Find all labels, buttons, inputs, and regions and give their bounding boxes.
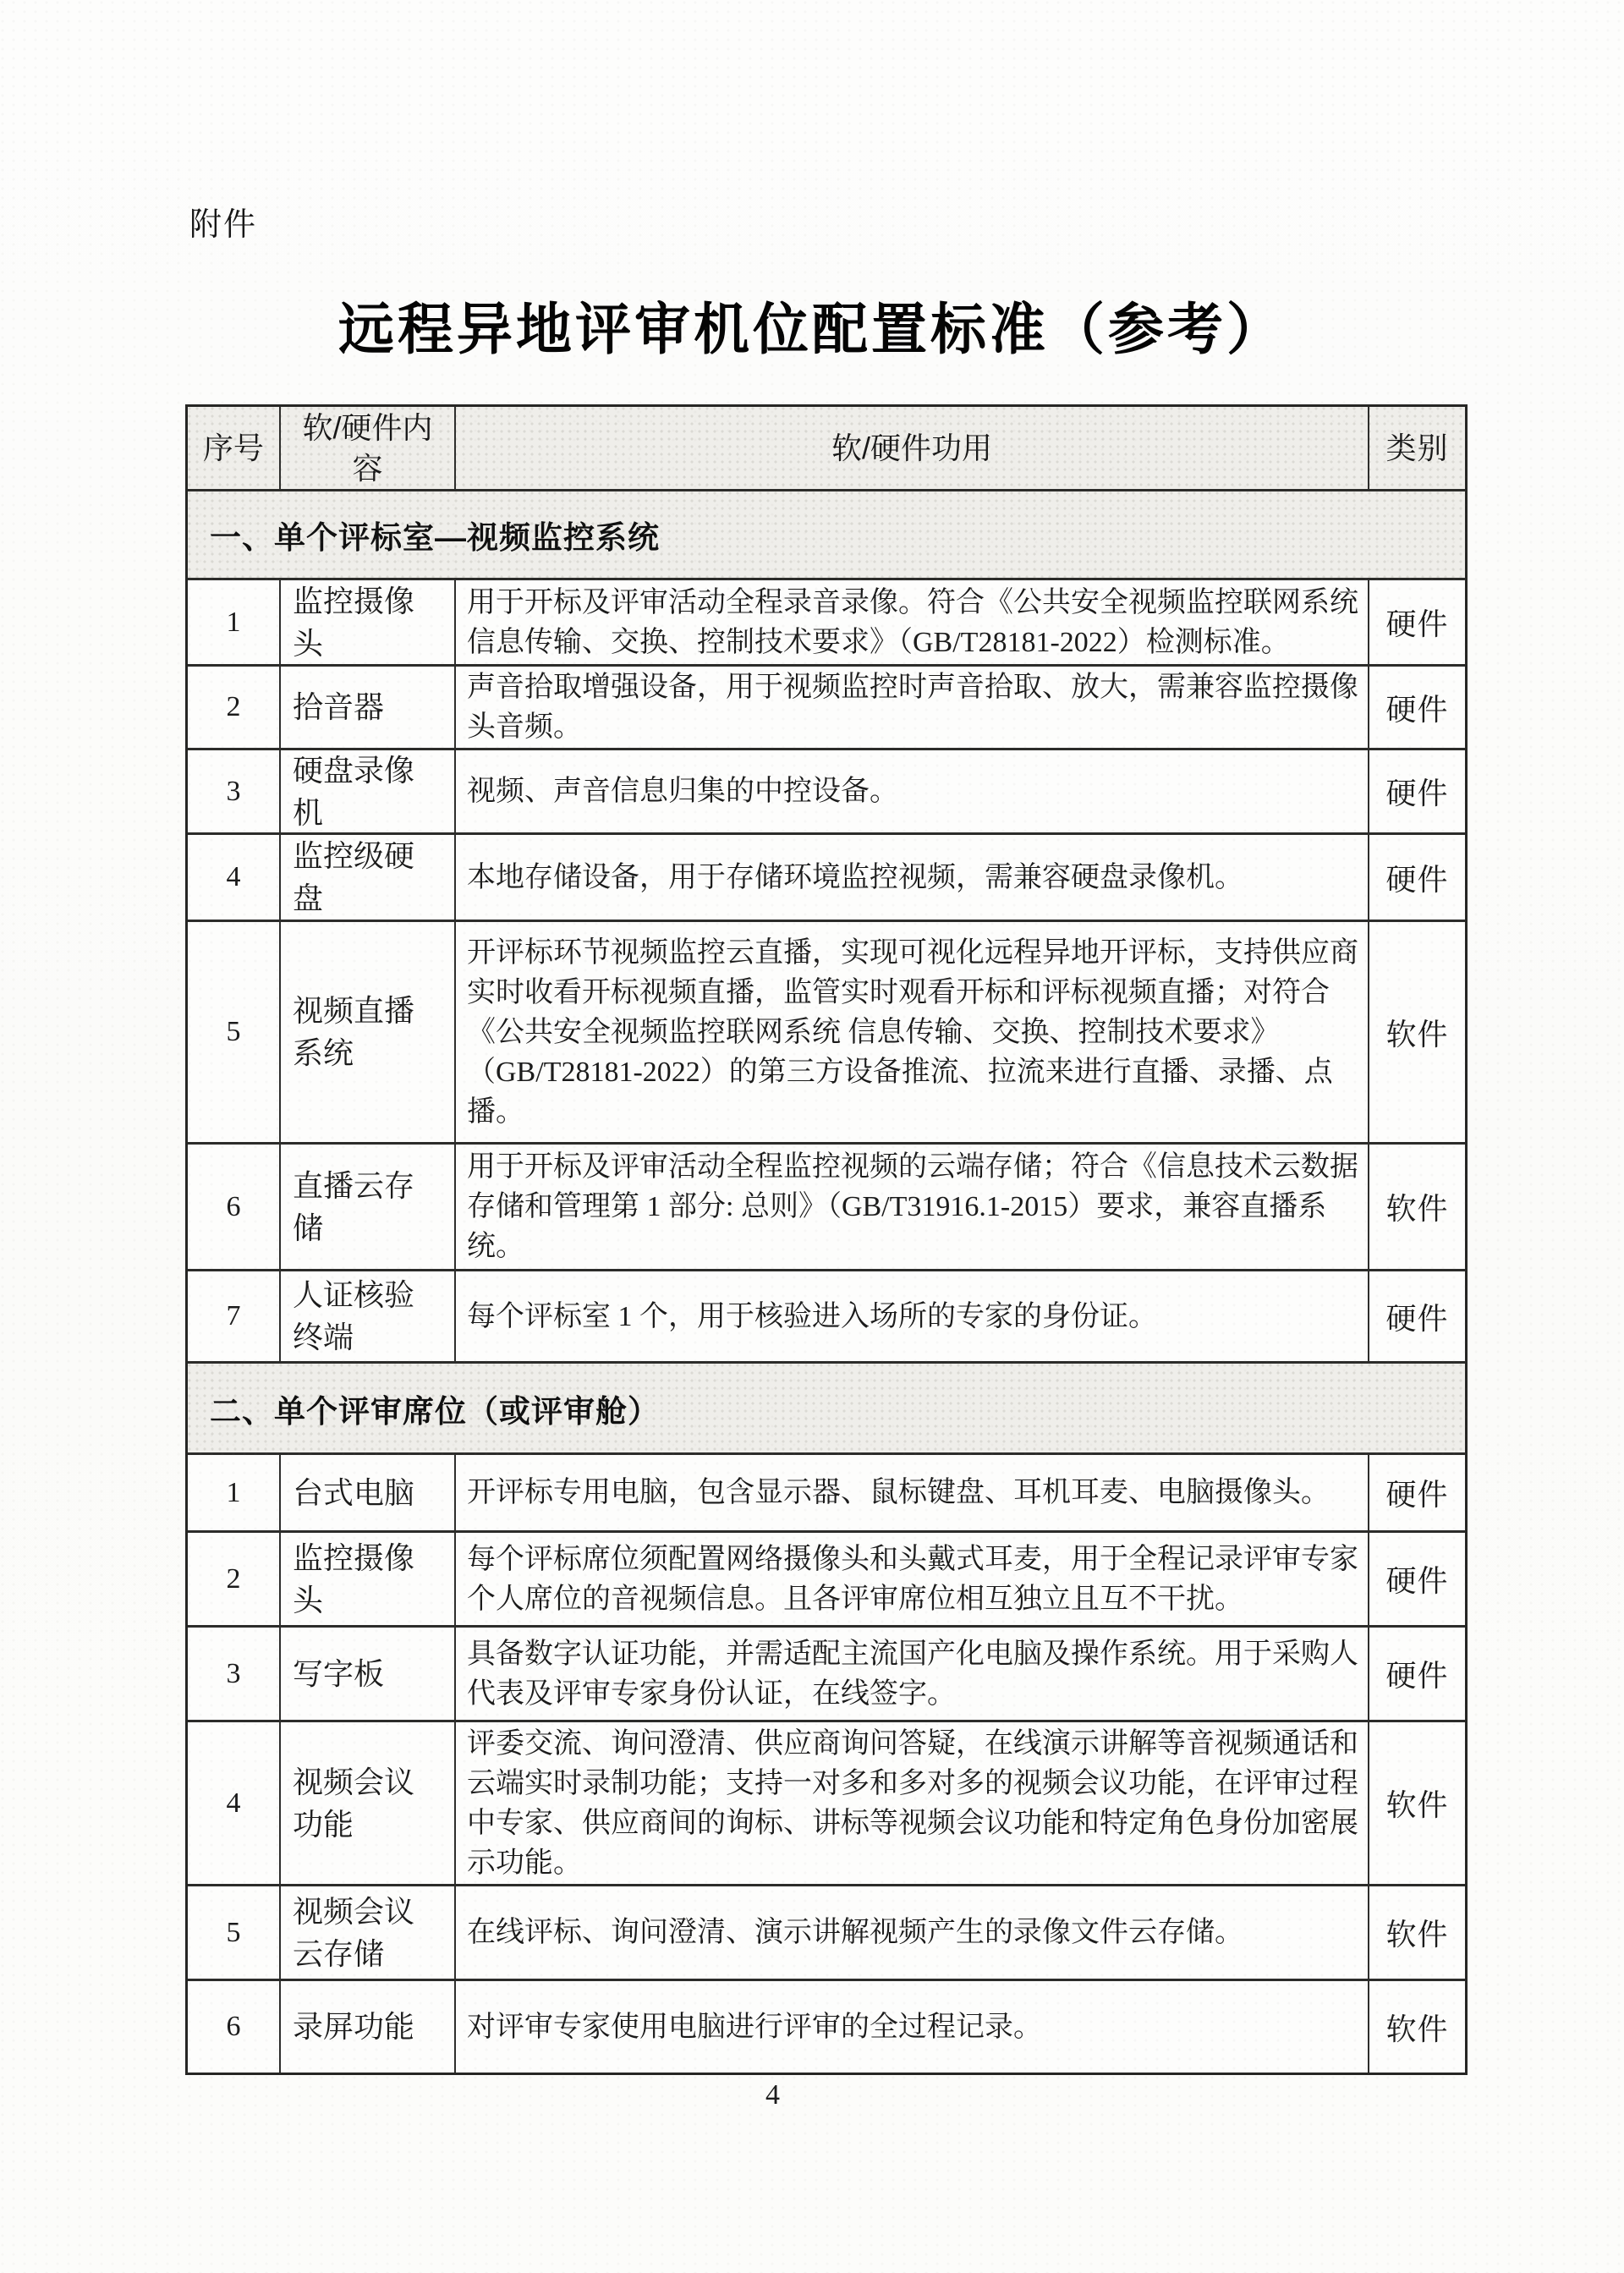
row-category: 硬件 — [1369, 1271, 1465, 1361]
attachment-label: 附件 — [189, 206, 257, 244]
row-function: 开评标环节视频监控云直播，实现可视化远程异地开评标，支持供应商实时收看开标视频直… — [456, 922, 1369, 1142]
header-no-label: 序号 — [203, 428, 264, 469]
row-item: 录屏功能 — [281, 1981, 456, 2073]
row-category: 软件 — [1369, 922, 1465, 1142]
row-number: 7 — [188, 1271, 281, 1361]
row-number: 5 — [188, 1886, 281, 1979]
page-number: 4 — [765, 2079, 780, 2111]
header-no: 序号 — [188, 407, 281, 489]
row-item: 视频会议云存储 — [281, 1886, 456, 1979]
row-category: 软件 — [1369, 1981, 1465, 2073]
row-function: 评委交流、询问澄清、供应商询问答疑，在线演示讲解等音视频通话和云端实时录制功能；… — [456, 1722, 1369, 1884]
row-number: 1 — [188, 580, 281, 664]
row-category: 硬件 — [1369, 750, 1465, 832]
row-category: 硬件 — [1369, 580, 1465, 664]
row-item: 监控级硬盘 — [281, 835, 456, 920]
row-number: 4 — [188, 1722, 281, 1884]
table-row: 3 硬盘录像机 视频、声音信息归集的中控设备。 硬件 — [188, 750, 1465, 835]
section-header-row-2: 二、单个评审席位（或评审舱） — [188, 1364, 1465, 1455]
row-item: 人证核验终端 — [281, 1271, 456, 1361]
row-item: 拾音器 — [281, 667, 456, 748]
row-function: 视频、声音信息归集的中控设备。 — [456, 750, 1369, 832]
row-item: 监控摄像头 — [281, 1533, 456, 1625]
header-content: 软/硬件内容 — [281, 407, 456, 489]
document-page: 附件 远程异地评审机位配置标准（参考） 序号 软/硬件内容 软/硬件功用 类别 … — [0, 0, 1624, 2273]
header-function-label: 软/硬件功用 — [831, 428, 992, 469]
row-item: 视频会议功能 — [281, 1722, 456, 1884]
table-row: 5 视频直播系统 开评标环节视频监控云直播，实现可视化远程异地开评标，支持供应商… — [188, 922, 1465, 1145]
row-item: 写字板 — [281, 1628, 456, 1720]
table-row: 5 视频会议云存储 在线评标、询问澄清、演示讲解视频产生的录像文件云存储。 软件 — [188, 1886, 1465, 1981]
table-row: 1 台式电脑 开评标专用电脑，包含显示器、鼠标键盘、耳机耳麦、电脑摄像头。 硬件 — [188, 1455, 1465, 1533]
row-function: 声音拾取增强设备，用于视频监控时声音拾取、放大，需兼容监控摄像头音频。 — [456, 667, 1369, 748]
row-function: 本地存储设备，用于存储环境监控视频，需兼容硬盘录像机。 — [456, 835, 1369, 920]
table-row: 6 录屏功能 对评审专家使用电脑进行评审的全过程记录。 软件 — [188, 1981, 1465, 2073]
row-function: 开评标专用电脑，包含显示器、鼠标键盘、耳机耳麦、电脑摄像头。 — [456, 1455, 1369, 1530]
header-category-label: 类别 — [1385, 428, 1448, 469]
row-item: 台式电脑 — [281, 1455, 456, 1530]
row-item: 视频直播系统 — [281, 922, 456, 1142]
row-number: 6 — [188, 1145, 281, 1269]
table-row: 7 人证核验终端 每个评标室 1 个，用于核验进入场所的专家的身份证。 硬件 — [188, 1271, 1465, 1364]
table-row: 6 直播云存储 用于开标及评审活动全程监控视频的云端存储；符合《信息技术云数据存… — [188, 1145, 1465, 1271]
header-function: 软/硬件功用 — [456, 407, 1369, 489]
row-function: 在线评标、询问澄清、演示讲解视频产生的录像文件云存储。 — [456, 1886, 1369, 1979]
table-row: 4 监控级硬盘 本地存储设备，用于存储环境监控视频，需兼容硬盘录像机。 硬件 — [188, 835, 1465, 922]
row-number: 2 — [188, 667, 281, 748]
row-function: 每个评标室 1 个，用于核验进入场所的专家的身份证。 — [456, 1271, 1369, 1361]
table-row: 3 写字板 具备数字认证功能，并需适配主流国产化电脑及操作系统。用于采购人代表及… — [188, 1628, 1465, 1722]
row-category: 硬件 — [1369, 667, 1465, 748]
row-function: 对评审专家使用电脑进行评审的全过程记录。 — [456, 1981, 1369, 2073]
table-row: 1 监控摄像头 用于开标及评审活动全程录音录像。符合《公共安全视频监控联网系统 … — [188, 580, 1465, 667]
row-category: 软件 — [1369, 1145, 1465, 1269]
row-category: 硬件 — [1369, 1533, 1465, 1625]
row-category: 硬件 — [1369, 1455, 1465, 1530]
row-item: 硬盘录像机 — [281, 750, 456, 832]
row-function: 用于开标及评审活动全程监控视频的云端存储；符合《信息技术云数据存储和管理第 1 … — [456, 1145, 1369, 1269]
row-number: 6 — [188, 1981, 281, 2073]
row-function: 用于开标及评审活动全程录音录像。符合《公共安全视频监控联网系统 信息传输、交换、… — [456, 580, 1369, 664]
row-function: 每个评标席位须配置网络摄像头和头戴式耳麦，用于全程记录评审专家个人席位的音视频信… — [456, 1533, 1369, 1625]
table-row: 2 监控摄像头 每个评标席位须配置网络摄像头和头戴式耳麦，用于全程记录评审专家个… — [188, 1533, 1465, 1628]
row-number: 5 — [188, 922, 281, 1142]
section-header-row-1: 一、单个评标室—视频监控系统 — [188, 491, 1465, 580]
table-row: 2 拾音器 声音拾取增强设备，用于视频监控时声音拾取、放大，需兼容监控摄像头音频… — [188, 667, 1465, 750]
row-item: 监控摄像头 — [281, 580, 456, 664]
row-number: 3 — [188, 750, 281, 832]
config-table: 序号 软/硬件内容 软/硬件功用 类别 一、单个评标室—视频监控系统 1 监控摄… — [185, 404, 1468, 2075]
row-function: 具备数字认证功能，并需适配主流国产化电脑及操作系统。用于采购人代表及评审专家身份… — [456, 1628, 1369, 1720]
row-number: 3 — [188, 1628, 281, 1720]
row-category: 硬件 — [1369, 1628, 1465, 1720]
section-title: 一、单个评标室—视频监控系统 — [188, 491, 1465, 578]
page-title: 远程异地评审机位配置标准（参考） — [0, 284, 1624, 365]
row-number: 2 — [188, 1533, 281, 1625]
table-row: 4 视频会议功能 评委交流、询问澄清、供应商询问答疑，在线演示讲解等音视频通话和… — [188, 1722, 1465, 1886]
row-category: 软件 — [1369, 1722, 1465, 1884]
row-number: 4 — [188, 835, 281, 920]
header-category: 类别 — [1369, 407, 1465, 489]
section-title: 二、单个评审席位（或评审舱） — [188, 1364, 1465, 1452]
row-category: 软件 — [1369, 1886, 1465, 1979]
row-item: 直播云存储 — [281, 1145, 456, 1269]
row-category: 硬件 — [1369, 835, 1465, 920]
table-header-row: 序号 软/硬件内容 软/硬件功用 类别 — [188, 407, 1465, 491]
row-number: 1 — [188, 1455, 281, 1530]
header-content-label: 软/硬件内容 — [293, 408, 442, 489]
